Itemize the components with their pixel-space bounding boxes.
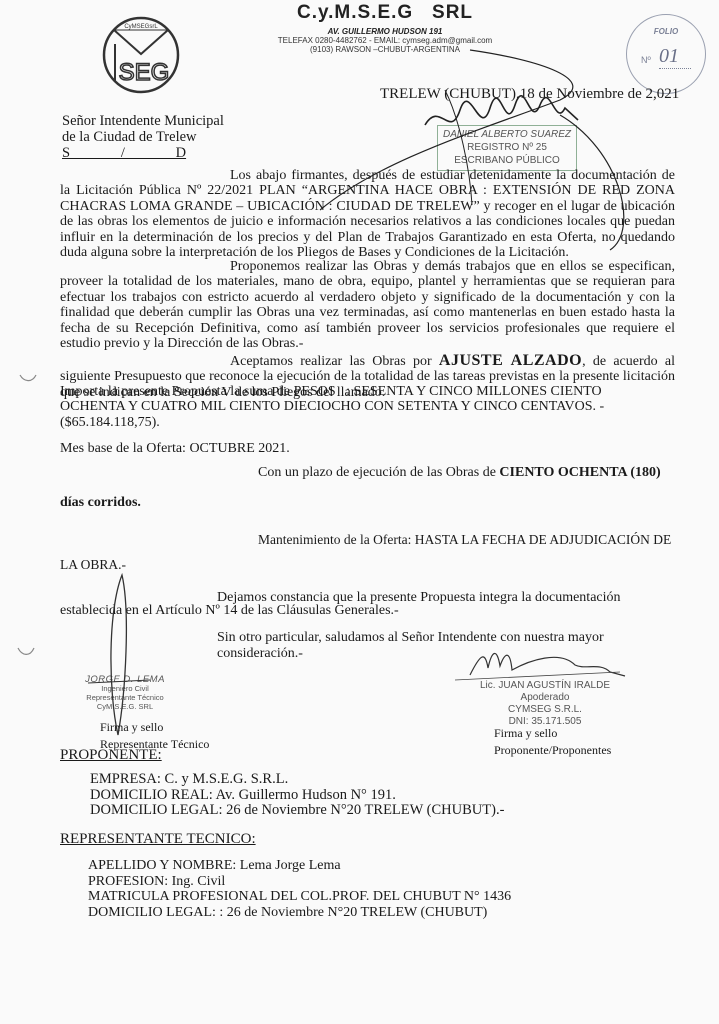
date-line: TRELEW (CHUBUT),18 de Noviembre de 2,021 bbox=[380, 86, 679, 103]
paragraph-importe: Importa la presente Propuesta la suma de… bbox=[60, 384, 675, 430]
stamp-left-line2: Ingeniero Civil bbox=[75, 684, 175, 693]
company-contact: TELEFAX 0280-4482762 - EMAIL: cymseg.adm… bbox=[260, 36, 510, 54]
importe-amount: ($65.184.118,75). bbox=[60, 415, 675, 430]
signature-stamp-right: Lic. JUAN AGUSTÍN IRALDE Apoderado CYMSE… bbox=[460, 680, 630, 728]
paragraph-propuesta: Proponemos realizar las Obras y demás tr… bbox=[60, 259, 675, 351]
proponente-details: EMPRESA: C. y M.S.E.G. S.R.L. DOMICILIO … bbox=[90, 772, 504, 819]
contact-location: (9103) RAWSON –CHUBUT-ARGENTINA bbox=[260, 45, 510, 54]
representante-tecnico-details: APELLIDO Y NOMBRE: Lema Jorge Lema PROFE… bbox=[88, 858, 511, 920]
left-signature-loop bbox=[111, 575, 126, 735]
sig-right-label1: Firma y sello bbox=[494, 725, 611, 742]
punch-mark-top bbox=[20, 375, 36, 381]
stamp-left-line3: Representante Técnico bbox=[75, 693, 175, 702]
notary-stamp: DANIEL ALBERTO SUAREZ REGISTRO Nº 25 ESC… bbox=[437, 125, 577, 171]
notary-name: DANIEL ALBERTO SUAREZ bbox=[438, 128, 576, 141]
stamp-left-name: JORGE D. LEMA bbox=[75, 675, 175, 684]
rep-matricula: MATRICULA PROFESIONAL DEL COL.PROF. DEL … bbox=[88, 889, 511, 905]
svg-text:SEG: SEG bbox=[119, 59, 170, 86]
stamp-left-line4: CyM.S.E.G. SRL bbox=[75, 702, 175, 711]
p3-before: Aceptamos realizar las Obras por bbox=[230, 354, 439, 369]
plazo-text: Con un plazo de ejecución de las Obras d… bbox=[258, 465, 499, 480]
stamp-right-line3: CYMSEG S.R.L. bbox=[460, 704, 630, 716]
proponente-heading: PROPONENTE: bbox=[60, 747, 162, 764]
proponente-domicilio-real: DOMICILIO REAL: Av. Guillermo Hudson N° … bbox=[90, 788, 504, 804]
signature-label-right: Firma y sello Proponente/Proponentes bbox=[494, 725, 611, 759]
folio-stamp: FOLIO Nº 01 bbox=[626, 14, 706, 94]
constancia-line-2: establecida en el Artículo Nº 14 de las … bbox=[60, 603, 399, 619]
la-obra: LA OBRA.- bbox=[60, 557, 126, 573]
sig-left-label1: Firma y sello bbox=[100, 719, 209, 736]
representante-tecnico-heading: REPRESENTANTE TECNICO: bbox=[60, 831, 256, 848]
notary-title: ESCRIBANO PÚBLICO bbox=[438, 154, 576, 167]
dias-corridos: días corridos. bbox=[60, 495, 141, 511]
company-name: C.y.M.S.E.G SRL bbox=[290, 2, 480, 24]
folio-number-prefix: Nº bbox=[641, 55, 651, 65]
folio-number: 01 bbox=[659, 45, 691, 69]
closing-salutation: Sin otro particular, saludamos al Señor … bbox=[217, 630, 637, 662]
mes-base: Mes base de la Oferta: OCTUBRE 2021. bbox=[60, 441, 290, 457]
contact-phone-email: TELEFAX 0280-4482762 - EMAIL: cymseg.adm… bbox=[260, 36, 510, 45]
addressee-block: Señor Intendente Municipal de la Ciudad … bbox=[62, 113, 224, 161]
rep-domicilio-legal: DOMICILIO LEGAL: : 26 de Noviembre N°20 … bbox=[88, 905, 511, 921]
addressee-line-3: S / D bbox=[62, 145, 224, 161]
importe-line-2: OCHENTA Y CUATRO MIL CIENTO DIECIOCHO CO… bbox=[60, 399, 675, 414]
signature-stamp-left: JORGE D. LEMA Ingeniero Civil Representa… bbox=[75, 675, 175, 711]
addressee-line-2: de la Ciudad de Trelew bbox=[62, 129, 224, 145]
company-address: AV. GUILLERMO HUDSON 191 bbox=[260, 27, 510, 36]
importe-line-1: Importa la presente Propuesta la suma de… bbox=[60, 384, 675, 399]
svg-text:CyMSEGsrL: CyMSEGsrL bbox=[124, 24, 158, 30]
proponente-empresa: EMPRESA: C. y M.S.E.G. S.R.L. bbox=[90, 772, 504, 788]
punch-mark-bottom bbox=[18, 648, 34, 654]
folio-label: FOLIO bbox=[627, 27, 705, 36]
plazo-bold: CIENTO OCHENTA (180) bbox=[499, 465, 660, 480]
notary-registry: REGISTRO Nº 25 bbox=[438, 141, 576, 154]
sig-right-label2: Proponente/Proponentes bbox=[494, 742, 611, 759]
paragraph-licitacion: Los abajo firmantes, después de estudiar… bbox=[60, 168, 675, 260]
addressee-line-1: Señor Intendente Municipal bbox=[62, 113, 224, 129]
rep-apellido-nombre: APELLIDO Y NOMBRE: Lema Jorge Lema bbox=[88, 858, 511, 874]
stamp-right-line2: Apoderado bbox=[460, 692, 630, 704]
rep-profesion: PROFESION: Ing. Civil bbox=[88, 874, 511, 890]
stamp-right-name: Lic. JUAN AGUSTÍN IRALDE bbox=[460, 680, 630, 692]
proponente-domicilio-legal: DOMICILIO LEGAL: 26 de Noviembre N°20 TR… bbox=[90, 803, 504, 819]
p3-bold: AJUSTE ALZADO bbox=[439, 352, 582, 369]
plazo-ejecucion: Con un plazo de ejecución de las Obras d… bbox=[258, 465, 661, 481]
company-logo: CyMSEGsrL SEG bbox=[100, 14, 182, 96]
mantenimiento-oferta: Mantenimiento de la Oferta: HASTA LA FEC… bbox=[258, 532, 671, 548]
